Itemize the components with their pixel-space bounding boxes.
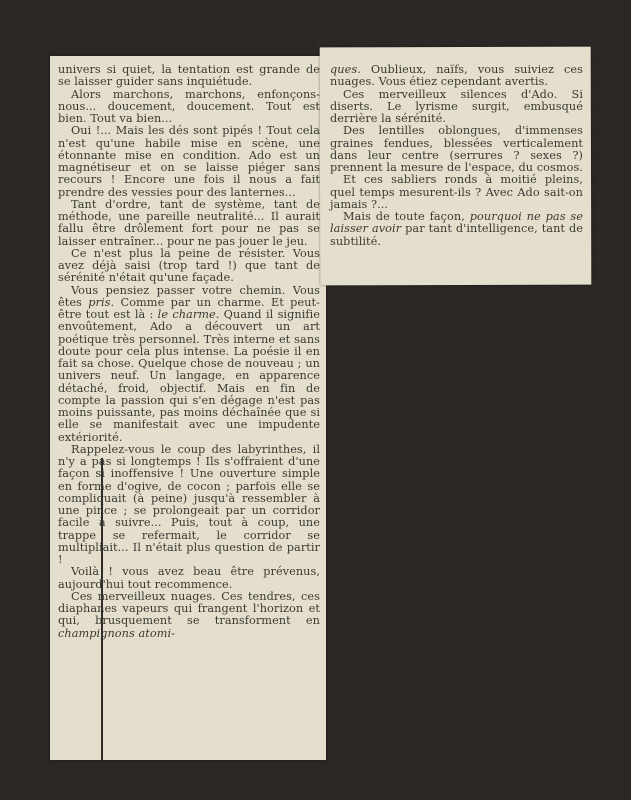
paragraph: Et ces sabliers ronds à moitié pleins, q…: [330, 174, 583, 211]
paragraph: Ce n'est plus la peine de résister. Vous…: [58, 248, 320, 285]
paragraph: Ces merveilleux silences d'Ado. Si diser…: [330, 89, 583, 126]
italic-run: ques: [330, 63, 357, 76]
italic-run: le charme: [158, 308, 216, 321]
fold-crease-line: [101, 458, 103, 760]
paragraph: Vous pensiez passer votre chemin. Vous ê…: [58, 285, 320, 444]
paragraph: Voilà ! vous avez beau être prévenus, au…: [58, 566, 320, 591]
paragraph: Alors marchons, marchons, enfonçons-nous…: [58, 89, 320, 126]
right-text-column: ques. Oublieux, naïfs, vous suiviez ces …: [330, 64, 583, 248]
paragraph: univers si quiet, la tentation est grand…: [58, 64, 320, 89]
paragraph: Tant d'ordre, tant de système, tant de m…: [58, 199, 320, 248]
paragraph: Oui !... Mais les dés sont pipés ! Tout …: [58, 125, 320, 199]
italic-run: pris: [88, 296, 110, 309]
paragraph: Des lentilles oblongues, d'immenses grai…: [330, 125, 583, 174]
italic-run: champignons atomi-: [58, 627, 175, 640]
text-run: Mais de toute façon,: [343, 210, 470, 223]
paragraph: Ces merveilleux nuages. Ces tendres, ces…: [58, 591, 320, 640]
text-run: . Oublieux, naïfs, vous suiviez ces nuag…: [330, 63, 583, 88]
text-run: Ces merveilleux nuages. Ces tendres, ces…: [58, 590, 320, 628]
text-run: . Quand il signifie envoûtement, Ado a d…: [58, 308, 320, 444]
paragraph: Mais de toute façon, pourquoi ne pas se …: [330, 211, 583, 248]
paragraph: ques. Oublieux, naïfs, vous suiviez ces …: [330, 64, 583, 89]
paragraph: Rappelez-vous le coup des labyrinthes, i…: [58, 444, 320, 567]
left-text-column: univers si quiet, la tentation est grand…: [58, 64, 320, 640]
